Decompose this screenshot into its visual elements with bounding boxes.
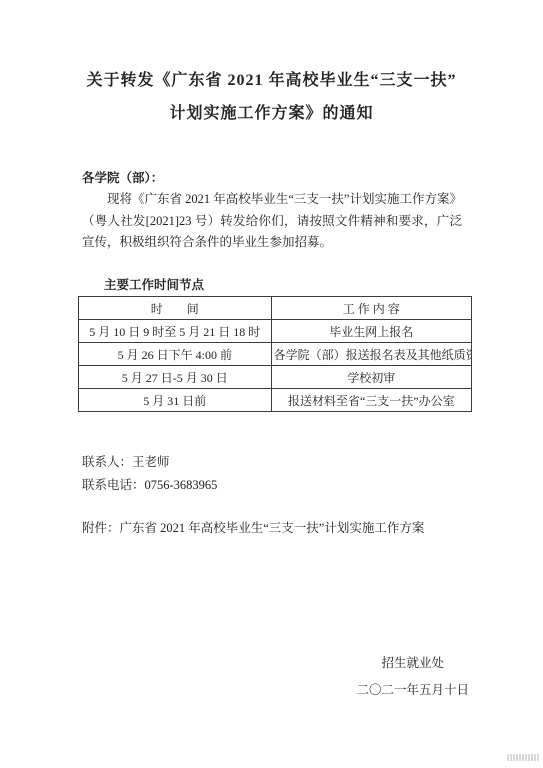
table-cell-time: 5 月 26 日下午 4:00 前 <box>79 343 272 366</box>
document-title-line1: 关于转发《广东省 2021 年高校毕业生“三支一扶” <box>40 64 503 97</box>
table-cell-content: 毕业生网上报名 <box>271 320 471 343</box>
signature-date: 二〇二一年五月十日 <box>356 677 469 704</box>
contact-phone: 联系电话：0756-3683965 <box>82 475 217 493</box>
table-header-row: 时 间 工 作 内 容 <box>79 297 472 320</box>
table-row: 5 月 26 日下午 4:00 前 各学院（部）报送报名表及其他纸质资料 <box>79 343 472 366</box>
notice-document-page: 关于转发《广东省 2021 年高校毕业生“三支一扶” 计划实施工作方案》的通知 … <box>0 0 543 768</box>
table-row: 5 月 31 日前 报送材料至省“三支一扶”办公室 <box>79 389 472 412</box>
table-row: 5 月 27 日-5 月 30 日 学校初审 <box>79 366 472 389</box>
section-heading-schedule: 主要工作时间节点 <box>104 275 204 293</box>
signature-block: 招生就业处 二〇二一年五月十日 <box>356 650 469 704</box>
salutation: 各学院（部）： <box>82 168 163 186</box>
signature-department: 招生就业处 <box>356 650 469 677</box>
document-title: 关于转发《广东省 2021 年高校毕业生“三支一扶” 计划实施工作方案》的通知 <box>40 64 503 130</box>
table-header-time: 时 间 <box>79 297 272 320</box>
table-cell-content: 学校初审 <box>271 366 471 389</box>
table-header-content: 工 作 内 容 <box>271 297 471 320</box>
table-row: 5 月 10 日 9 时至 5 月 21 日 18 时 毕业生网上报名 <box>79 320 472 343</box>
table-cell-content: 报送材料至省“三支一扶”办公室 <box>271 389 471 412</box>
document-title-line2: 计划实施工作方案》的通知 <box>40 97 503 130</box>
table-cell-time: 5 月 31 日前 <box>79 389 272 412</box>
table-cell-time: 5 月 27 日-5 月 30 日 <box>79 366 272 389</box>
schedule-table: 时 间 工 作 内 容 5 月 10 日 9 时至 5 月 21 日 18 时 … <box>78 296 472 412</box>
table-cell-time: 5 月 10 日 9 时至 5 月 21 日 18 时 <box>79 320 272 343</box>
corner-watermark <box>507 754 539 761</box>
attachment-line: 附件：广东省 2021 年高校毕业生“三支一扶”计划实施工作方案 <box>82 518 424 536</box>
body-paragraph: 现将《广东省 2021 年高校毕业生“三支一扶”计划实施工作方案》（粤人社发[2… <box>82 189 462 254</box>
contact-person: 联系人：王老师 <box>82 452 170 470</box>
table-cell-content: 各学院（部）报送报名表及其他纸质资料 <box>271 343 471 366</box>
